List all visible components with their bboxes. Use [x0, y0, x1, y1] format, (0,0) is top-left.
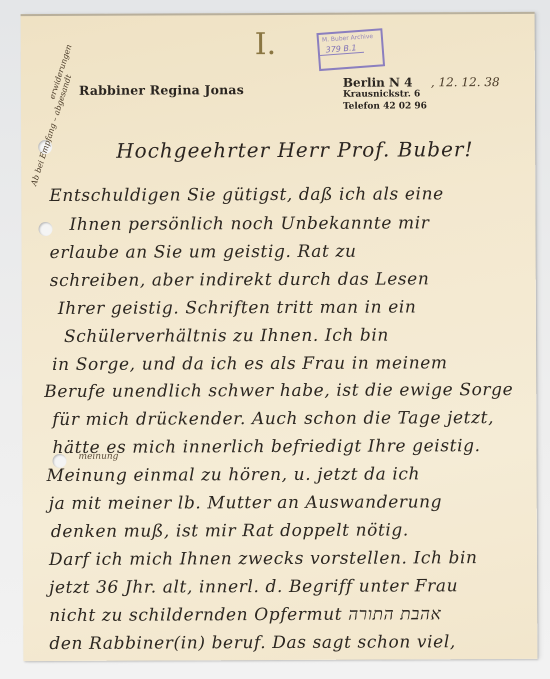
letterhead-street: Krausnickstr. 6: [343, 88, 427, 100]
page-marker: I.: [255, 27, 277, 62]
body-line: Ihnen persönlich noch Unbekannte mir: [69, 213, 429, 235]
body-line: schreiben, aber indirekt durch das Lesen: [50, 269, 430, 291]
punch-hole-icon: [38, 222, 52, 236]
body-line: nicht zu schildernden Opfermut אהבת התור…: [49, 604, 441, 626]
body-line: Darf ich mich Ihnen zwecks vorstellen. I…: [49, 548, 478, 570]
body-line: für mich drückender. Auch schon die Tage…: [52, 408, 494, 430]
body-line: Meinung einmal zu hören, u. jetzt da ich: [47, 464, 421, 486]
body-line: Schülerverhältnis zu Ihnen. Ich bin: [64, 326, 389, 347]
inserted-word: meinung: [79, 452, 119, 462]
body-line: Entschuldigen Sie gütigst, daß ich als e…: [49, 184, 443, 206]
letterhead-phone: Telefon 42 02 96: [343, 100, 427, 112]
body-line: denken muß, ist mir Rat doppelt nötig.: [51, 520, 409, 542]
body-line: den Rabbiner(in) beruf. Das sagt schon v…: [49, 632, 456, 654]
letterhead-name: Rabbiner Regina Jonas: [79, 82, 244, 98]
letterhead-address: Berlin N 4 Krausnickstr. 6 Telefon 42 02…: [343, 76, 427, 112]
letter-page: I. M. Buber Archive 379 B.1 Ab bei Empfa…: [21, 12, 538, 661]
margin-annotation: Ab bei Empfang – abgesandt erwiderungen: [29, 73, 73, 186]
body-line: Ihrer geistig. Schriften tritt man in ei…: [58, 297, 417, 319]
body-line: jetzt 36 Jhr. alt, innerl. d. Begriff un…: [49, 576, 458, 598]
letterhead-city: Berlin N 4: [343, 76, 427, 88]
body-line: erlaube an Sie um geistig. Rat zu: [50, 242, 357, 263]
body-line: ja mit meiner lb. Mutter an Auswanderung: [49, 492, 443, 514]
letter-date: , 12. 12. 38: [431, 75, 500, 89]
body-line: Berufe unendlich schwer habe, ist die ew…: [44, 380, 513, 402]
body-line: in Sorge, und da ich es als Frau in mein…: [52, 353, 448, 375]
salutation: Hochgeehrter Herr Prof. Buber!: [116, 137, 473, 163]
archive-stamp: M. Buber Archive 379 B.1: [316, 28, 385, 71]
